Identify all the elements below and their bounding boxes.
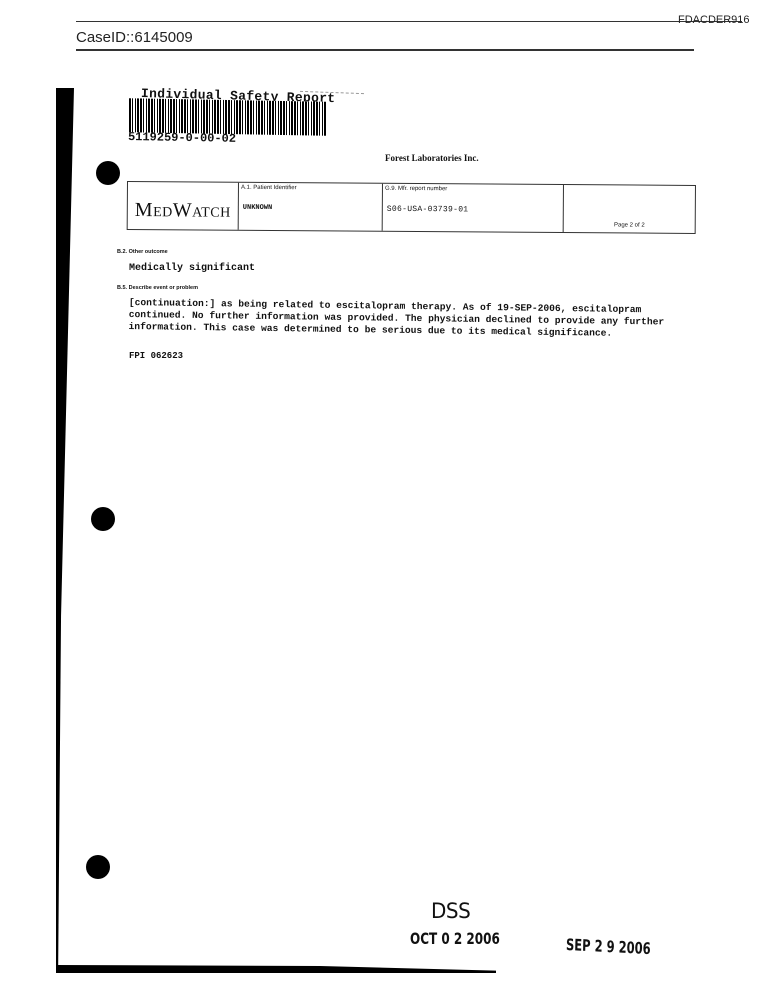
header-rule-bottom xyxy=(76,49,694,51)
received-date-stamp-sep: SEP 2 9 2006 xyxy=(566,935,651,958)
report-number-value: S06-USA-03739-01 xyxy=(387,205,469,215)
punch-hole-icon xyxy=(91,507,115,531)
company-name: Forest Laboratories Inc. xyxy=(385,153,479,163)
scan-bottom-edge xyxy=(56,965,496,973)
received-date-stamp-oct: OCT 0 2 2006 xyxy=(410,929,500,948)
dss-stamp: DSS xyxy=(431,899,470,923)
fpi-number: FPI 062623 xyxy=(129,351,183,361)
medwatch-logo: MedWatch xyxy=(128,182,239,230)
patient-identifier-value: UNKNOWN xyxy=(243,204,272,212)
medwatch-logo-text: MedWatch xyxy=(135,189,231,223)
page-indicator-cell: Page 2 of 2 xyxy=(564,185,695,233)
report-number-label: G.9. Mfr. report number xyxy=(385,186,447,192)
event-narrative: [continuation:] as being related to esci… xyxy=(128,297,668,341)
report-number-cell: G.9. Mfr. report number S06-USA-03739-01 xyxy=(383,184,564,232)
medwatch-header-box: MedWatch A.1. Patient Identifier UNKNOWN… xyxy=(127,181,696,234)
punch-hole-icon xyxy=(86,855,110,879)
patient-identifier-cell: A.1. Patient Identifier UNKNOWN xyxy=(239,183,383,231)
other-outcome-label: B.2. Other outcome xyxy=(117,249,168,255)
header-rule-top xyxy=(76,21,742,22)
punch-hole-icon xyxy=(96,161,120,185)
document-reference-id: FDACDER916 xyxy=(678,14,750,26)
barcode-number: 5119259-0-00-02 xyxy=(128,130,236,146)
describe-event-label: B.5. Describe event or problem xyxy=(117,285,198,291)
patient-identifier-label: A.1. Patient Identifier xyxy=(241,185,297,191)
case-id: CaseID::6145009 xyxy=(76,29,193,46)
other-outcome-value: Medically significant xyxy=(129,263,255,274)
scan-edge-bar xyxy=(56,88,74,968)
page-indicator: Page 2 of 2 xyxy=(614,222,645,228)
